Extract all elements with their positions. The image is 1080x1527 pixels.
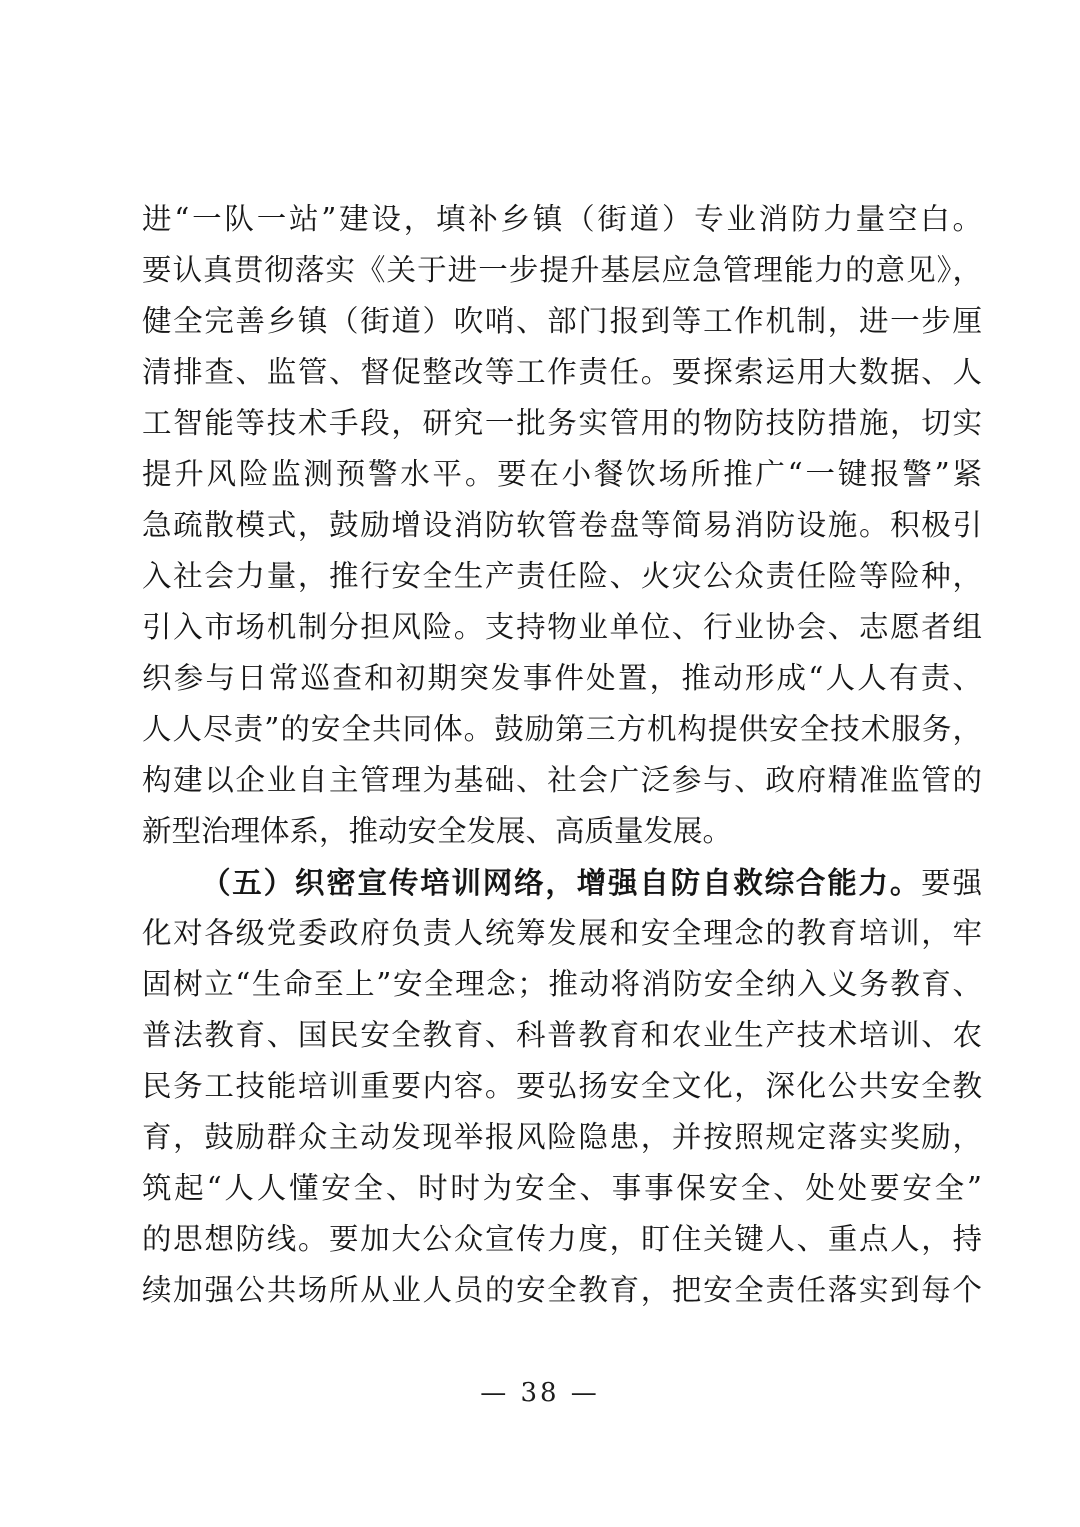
body-line: 引入市场机制分担风险。支持物业单位、行业协会、志愿者组: [142, 602, 982, 653]
page-footer: — 38 —: [0, 1378, 1080, 1408]
body-line: 民务工技能培训重要内容。要弘扬安全文化，深化公共安全教: [142, 1061, 982, 1112]
body-line: 人人尽责”的安全共同体。鼓励第三方机构提供安全技术服务，: [142, 704, 982, 755]
page-number: — 38 —: [480, 1378, 600, 1408]
body-line: 续加强公共场所从业人员的安全教育，把安全责任落实到每个: [142, 1265, 982, 1316]
body-line: 要认真贯彻落实《关于进一步提升基层应急管理能力的意见》，: [142, 245, 982, 296]
body-text-block: 进“一队一站”建设，填补乡镇（街道）专业消防力量空白。 要认真贯彻落实《关于进一…: [142, 194, 982, 1316]
body-line: 筑起“人人懂安全、时时为安全、事事保安全、处处要安全”: [142, 1163, 982, 1214]
body-line: 入社会力量，推行安全生产责任险、火灾公众责任险等险种，: [142, 551, 982, 602]
section-heading-line: （五）织密宣传培训网络，增强自防自救综合能力。要强: [142, 857, 982, 908]
paragraph-last-line: 新型治理体系，推动安全发展、高质量发展。: [142, 806, 982, 857]
body-line: 固树立“生命至上”安全理念；推动将消防安全纳入义务教育、: [142, 959, 982, 1010]
body-line: 工智能等技术手段，研究一批务实管用的物防技防措施，切实: [142, 398, 982, 449]
section-heading: （五）织密宣传培训网络，增强自防自救综合能力。: [201, 865, 921, 900]
body-line: 提升风险监测预警水平。要在小餐饮场所推广“一键报警”紧: [142, 449, 982, 500]
body-line: 普法教育、国民安全教育、科普教育和农业生产技术培训、农: [142, 1010, 982, 1061]
body-line: 构建以企业自主管理为基础、社会广泛参与、政府精准监管的: [142, 755, 982, 806]
body-line: 清排查、监管、督促整改等工作责任。要探索运用大数据、人: [142, 347, 982, 398]
document-page: 进“一队一站”建设，填补乡镇（街道）专业消防力量空白。 要认真贯彻落实《关于进一…: [0, 0, 1080, 1527]
body-line: 化对各级党委政府负责人统筹发展和安全理念的教育培训，牢: [142, 908, 982, 959]
body-line: 育，鼓励群众主动发现举报风险隐患，并按照规定落实奖励，: [142, 1112, 982, 1163]
body-line: 健全完善乡镇（街道）吹哨、部门报到等工作机制，进一步厘: [142, 296, 982, 347]
body-line: 急疏散模式，鼓励增设消防软管卷盘等简易消防设施。积极引: [142, 500, 982, 551]
section-heading-continuation: 要强: [921, 866, 982, 900]
body-line: 的思想防线。要加大公众宣传力度，盯住关键人、重点人，持: [142, 1214, 982, 1265]
body-line: 进“一队一站”建设，填补乡镇（街道）专业消防力量空白。: [142, 194, 982, 245]
body-line: 织参与日常巡查和初期突发事件处置，推动形成“人人有责、: [142, 653, 982, 704]
